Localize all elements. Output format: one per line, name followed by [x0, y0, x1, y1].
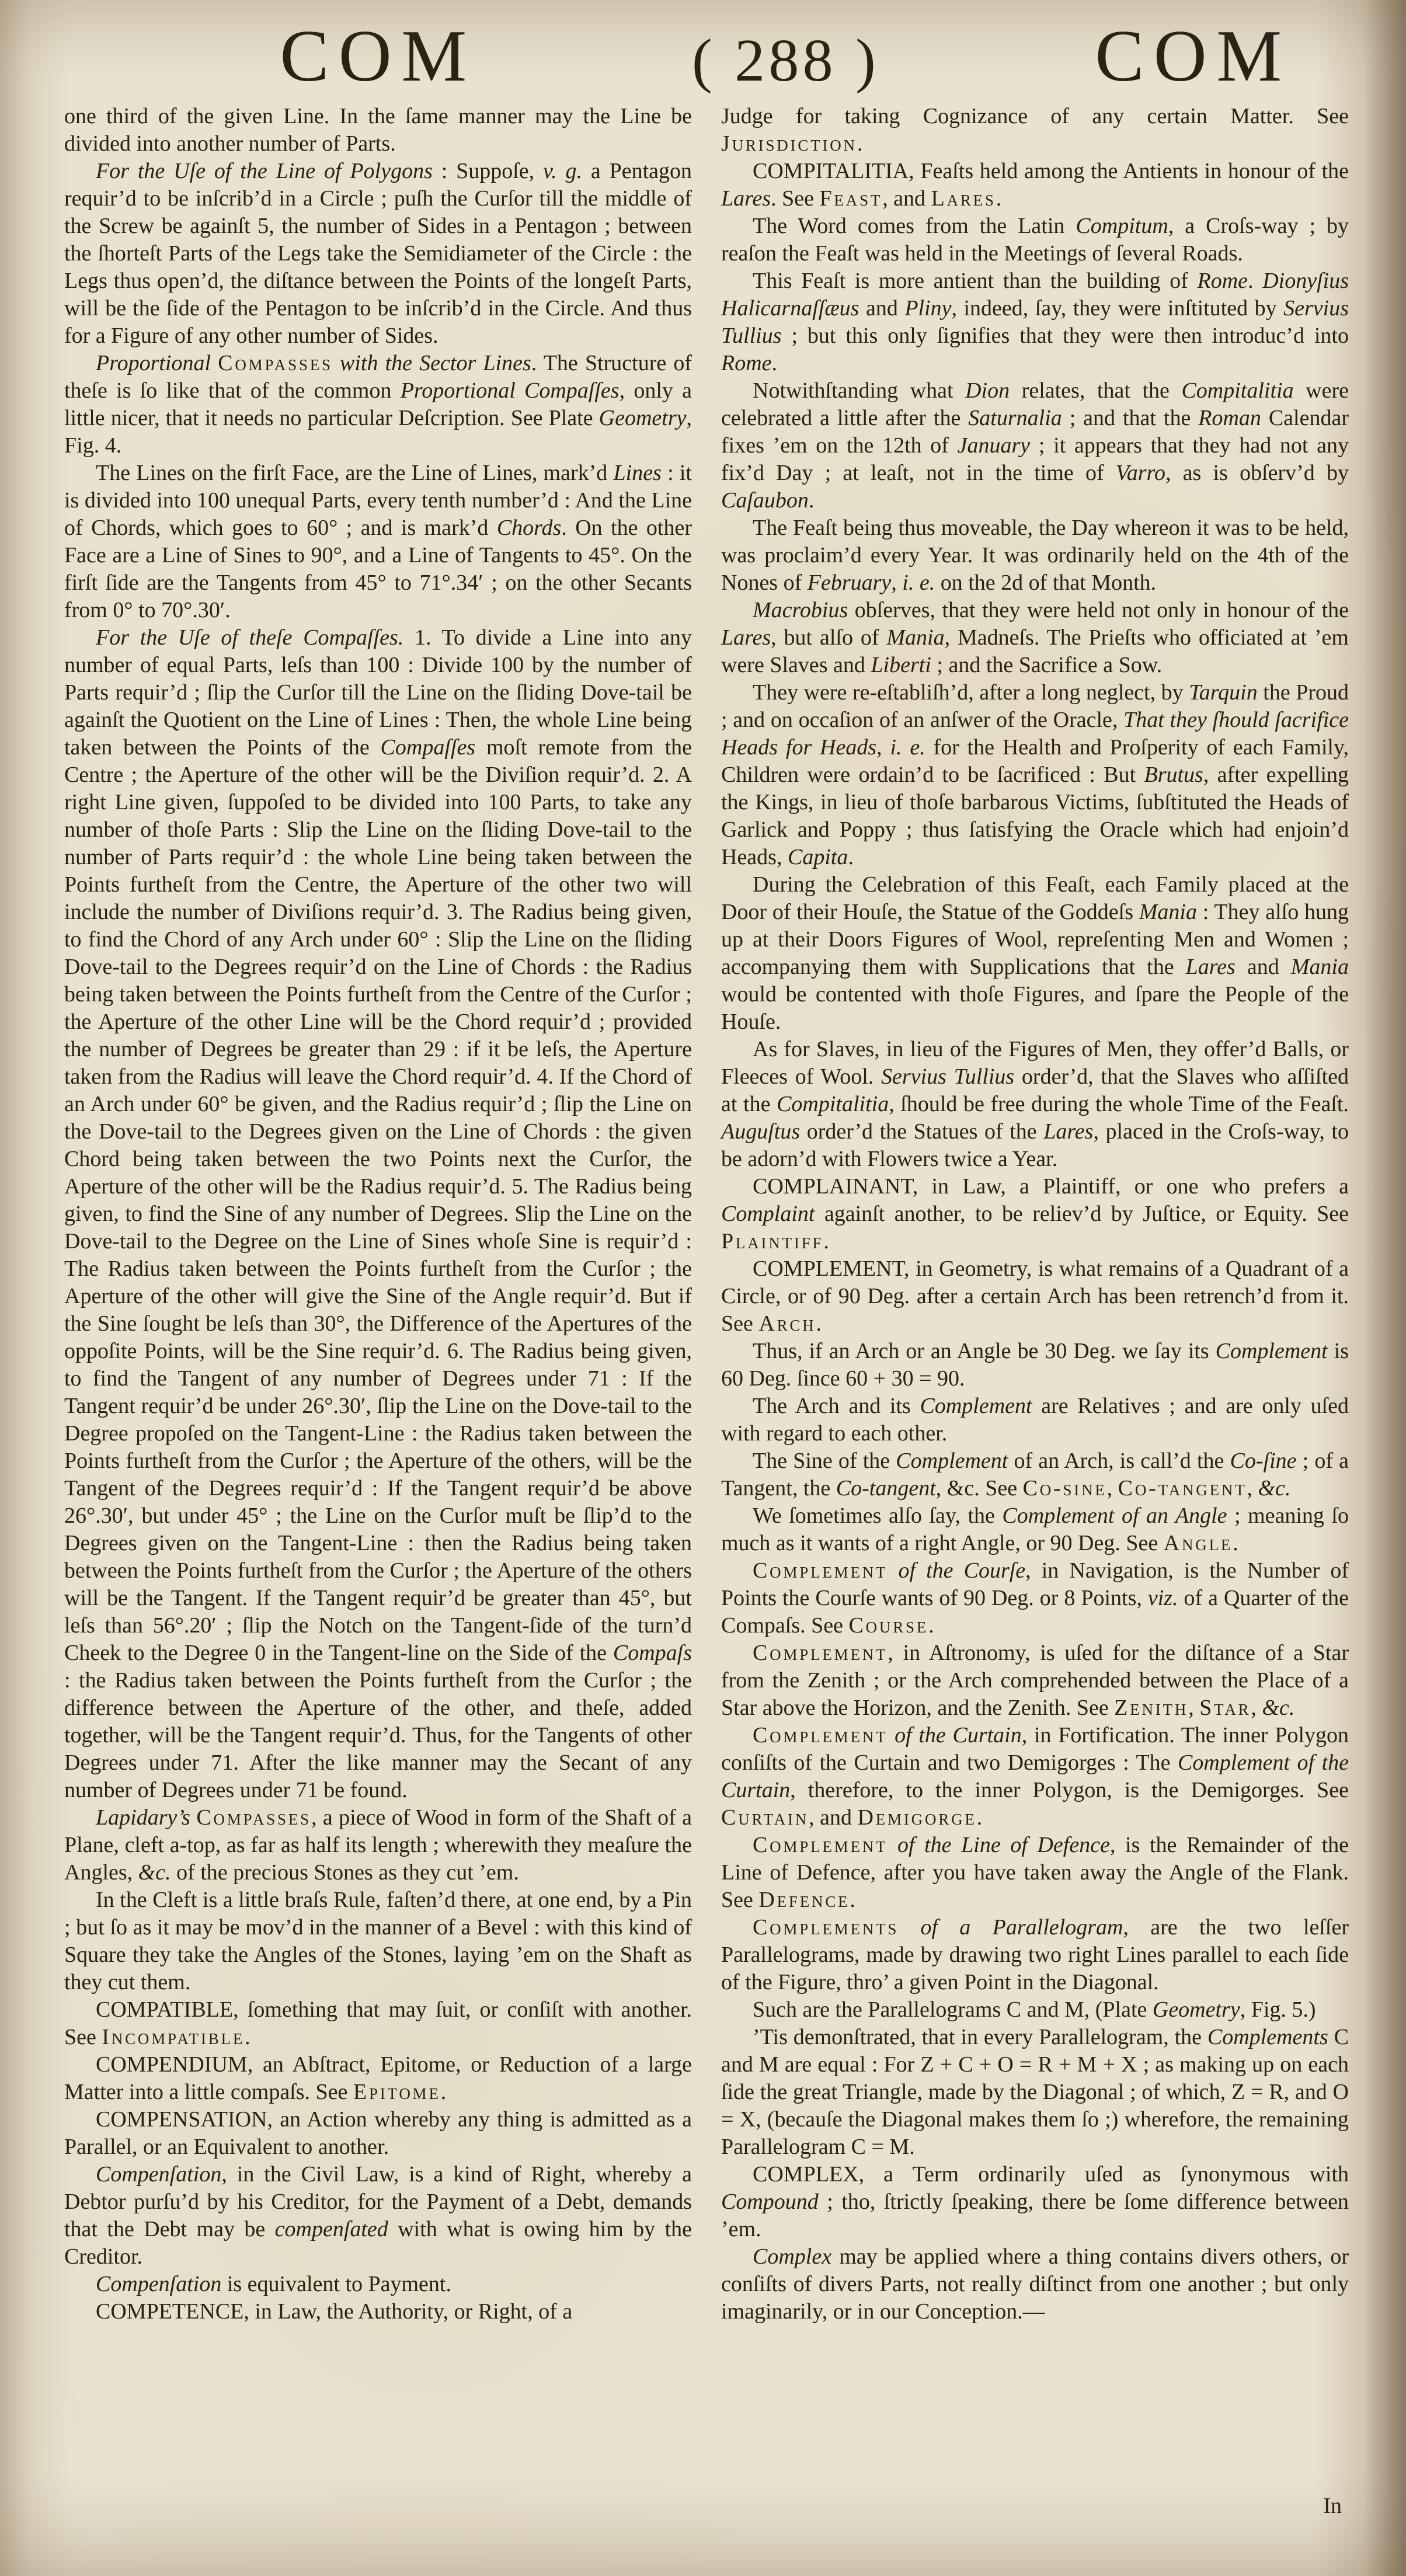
paragraph: COMPLEX, a Term ordinarily uſed as ſynon… — [721, 2161, 1349, 2243]
paragraph: This Feaſt is more antient than the buil… — [721, 267, 1349, 377]
paragraph: Lapidary’s Compasses, a piece of Wood in… — [64, 1804, 692, 1886]
running-header: COM ( 288 ) COM — [0, 0, 1406, 88]
paragraph: The Arch and its Complement are Relative… — [721, 1393, 1349, 1447]
paragraph: Notwithſtanding what Dion relates, that … — [721, 377, 1349, 514]
paragraph: COMPENDIUM, an Abſtract, Epitome, or Red… — [64, 2051, 692, 2106]
paragraph: Macrobius obſerves, that they were held … — [721, 597, 1349, 679]
paragraph: During the Celebration of this Feaſt, ea… — [721, 871, 1349, 1036]
catchword: In — [1323, 2493, 1342, 2520]
paragraph: For the Uſe of the Line of Polygons : Su… — [64, 158, 692, 350]
paragraph: For the Uſe of theſe Compaſſes. 1. To di… — [64, 624, 692, 1804]
left-column: one third of the given Line. In the ſame… — [64, 103, 692, 2326]
paragraph: We ſometimes alſo ſay, the Complement of… — [721, 1502, 1349, 1557]
paragraph: Judge for taking Cognizance of any certa… — [721, 103, 1349, 158]
right-column: Judge for taking Cognizance of any certa… — [721, 103, 1349, 2326]
paragraph: Complement, in Aſtronomy, is uſed for th… — [721, 1639, 1349, 1722]
paragraph: The Feaſt being thus moveable, the Day w… — [721, 514, 1349, 597]
paragraph: Compenſation is equivalent to Payment. — [64, 2271, 692, 2298]
paragraph: The Sine of the Complement of an Arch, i… — [721, 1447, 1349, 1502]
paragraph: Proportional Compasses with the Sector L… — [64, 350, 692, 459]
paragraph: COMPENSATION, an Action whereby any thin… — [64, 2106, 692, 2161]
paragraph: The Word comes from the Latin Compitum, … — [721, 213, 1349, 267]
text-columns: one third of the given Line. In the ſame… — [0, 88, 1406, 2326]
running-title-right: COM — [879, 20, 1406, 93]
paragraph: Complement of the Line of Defence, is th… — [721, 1832, 1349, 1914]
paragraph: Thus, if an Arch or an Angle be 30 Deg. … — [721, 1338, 1349, 1393]
paragraph: COMPITALITIA, Feaſts held among the Anti… — [721, 158, 1349, 213]
paragraph: Complex may be applied where a thing con… — [721, 2243, 1349, 2326]
paragraph: one third of the given Line. In the ſame… — [64, 103, 692, 158]
paragraph: Complements of a Parallelogram, are the … — [721, 1914, 1349, 1996]
paragraph: They were re-eſtabliſh’d, after a long n… — [721, 679, 1349, 871]
running-title-left: COM — [64, 20, 692, 93]
paragraph: Such are the Parallelograms C and M, (Pl… — [721, 1996, 1349, 2024]
paragraph: COMPLAINANT, in Law, a Plaintiff, or one… — [721, 1173, 1349, 1255]
paragraph: Complement of the Courſe, in Navigation,… — [721, 1557, 1349, 1639]
page-number: ( 288 ) — [692, 30, 879, 91]
paragraph: As for Slaves, in lieu of the Figures of… — [721, 1036, 1349, 1173]
paragraph: Compenſation, in the Civil Law, is a kin… — [64, 2161, 692, 2271]
paragraph: The Lines on the firſt Face, are the Lin… — [64, 459, 692, 624]
paragraph: COMPLEMENT, in Geometry, is what remains… — [721, 1255, 1349, 1338]
paragraph: In the Cleft is a little braſs Rule, faſ… — [64, 1886, 692, 1996]
paragraph: COMPATIBLE, ſomething that may ſuit, or … — [64, 1996, 692, 2051]
paragraph: COMPETENCE, in Law, the Authority, or Ri… — [64, 2298, 692, 2326]
paragraph: ’Tis demonſtrated, that in every Paralle… — [721, 2024, 1349, 2161]
scanned-page: COM ( 288 ) COM one third of the given L… — [0, 0, 1406, 2576]
paragraph: Complement of the Curtain, in Fortificat… — [721, 1722, 1349, 1832]
